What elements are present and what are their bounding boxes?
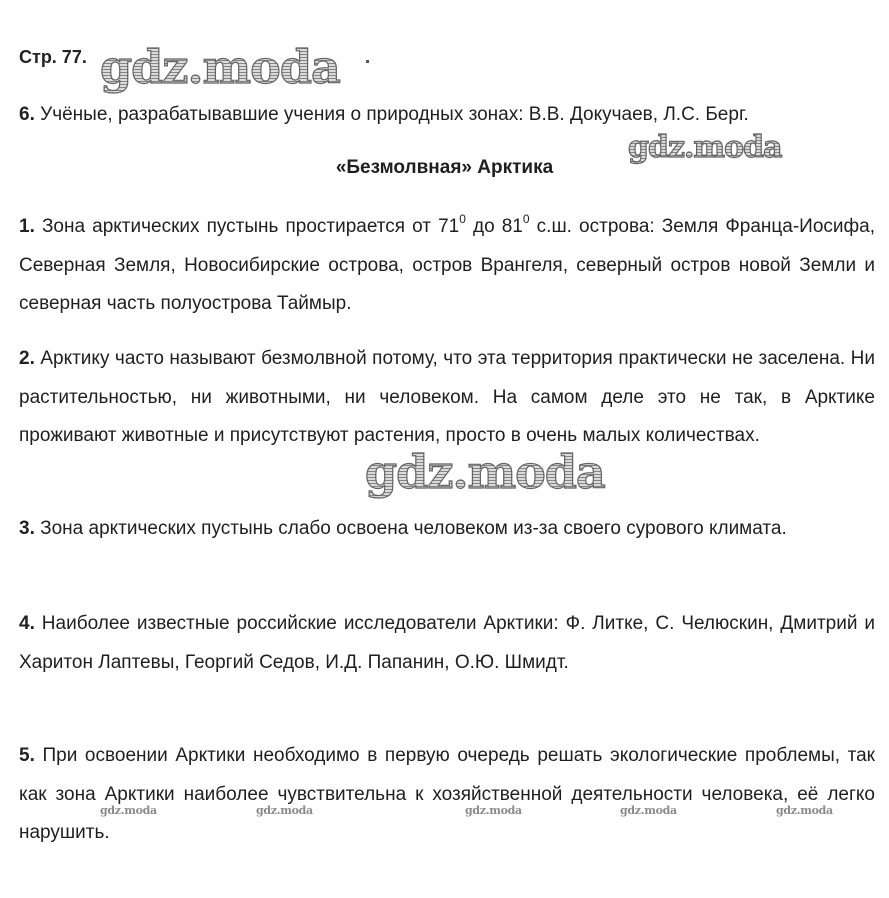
answer-text: Арктику часто называют безмолвной потому… [19,348,875,446]
watermark-small: gdz.moda [620,804,677,817]
answer-text: При освоении Арктики необходимо в первую… [19,745,875,843]
watermark-middle: gdz.moda [365,445,605,499]
intro-paragraph: 6. Учёные, разрабатывавшие учения о прир… [19,96,875,134]
watermark-small: gdz.moda [465,804,522,817]
answer-text: Зона арктических пустынь простирается от… [35,216,459,237]
answer-4: 4. Наиболее известные российские исследо… [19,605,875,682]
answer-text: до 81 [466,216,523,237]
watermark-small: gdz.moda [776,804,833,817]
answer-3: 3. Зона арктических пустынь слабо освоен… [19,510,875,549]
watermark-small: gdz.moda [256,804,313,817]
degree-sup: 0 [459,212,466,226]
answer-number: 1. [19,216,35,237]
degree-sup: 0 [523,212,530,226]
watermark-speck [366,60,369,63]
watermark-top: gdz.moda [100,40,340,94]
answer-2: 2. Арктику часто называют безмолвной пот… [19,340,875,456]
answer-1: 1. Зона арктических пустынь простирается… [19,208,875,324]
intro-number: 6. [19,104,35,125]
answer-number: 4. [19,613,35,634]
answer-text: Наиболее известные российские исследоват… [19,613,875,673]
answer-5: 5. При освоении Арктики необходимо в пер… [19,737,875,853]
page-label: Стр. 77. [19,47,87,68]
watermark-small: gdz.moda [100,804,157,817]
intro-text: Учёные, разрабатывавшие учения о природн… [35,104,749,125]
answer-number: 2. [19,348,35,369]
answer-text: Зона арктических пустынь слабо освоена ч… [35,518,787,539]
answer-number: 5. [19,745,35,766]
section-heading: «Безмолвная» Арктика [0,157,889,179]
answer-number: 3. [19,518,35,539]
